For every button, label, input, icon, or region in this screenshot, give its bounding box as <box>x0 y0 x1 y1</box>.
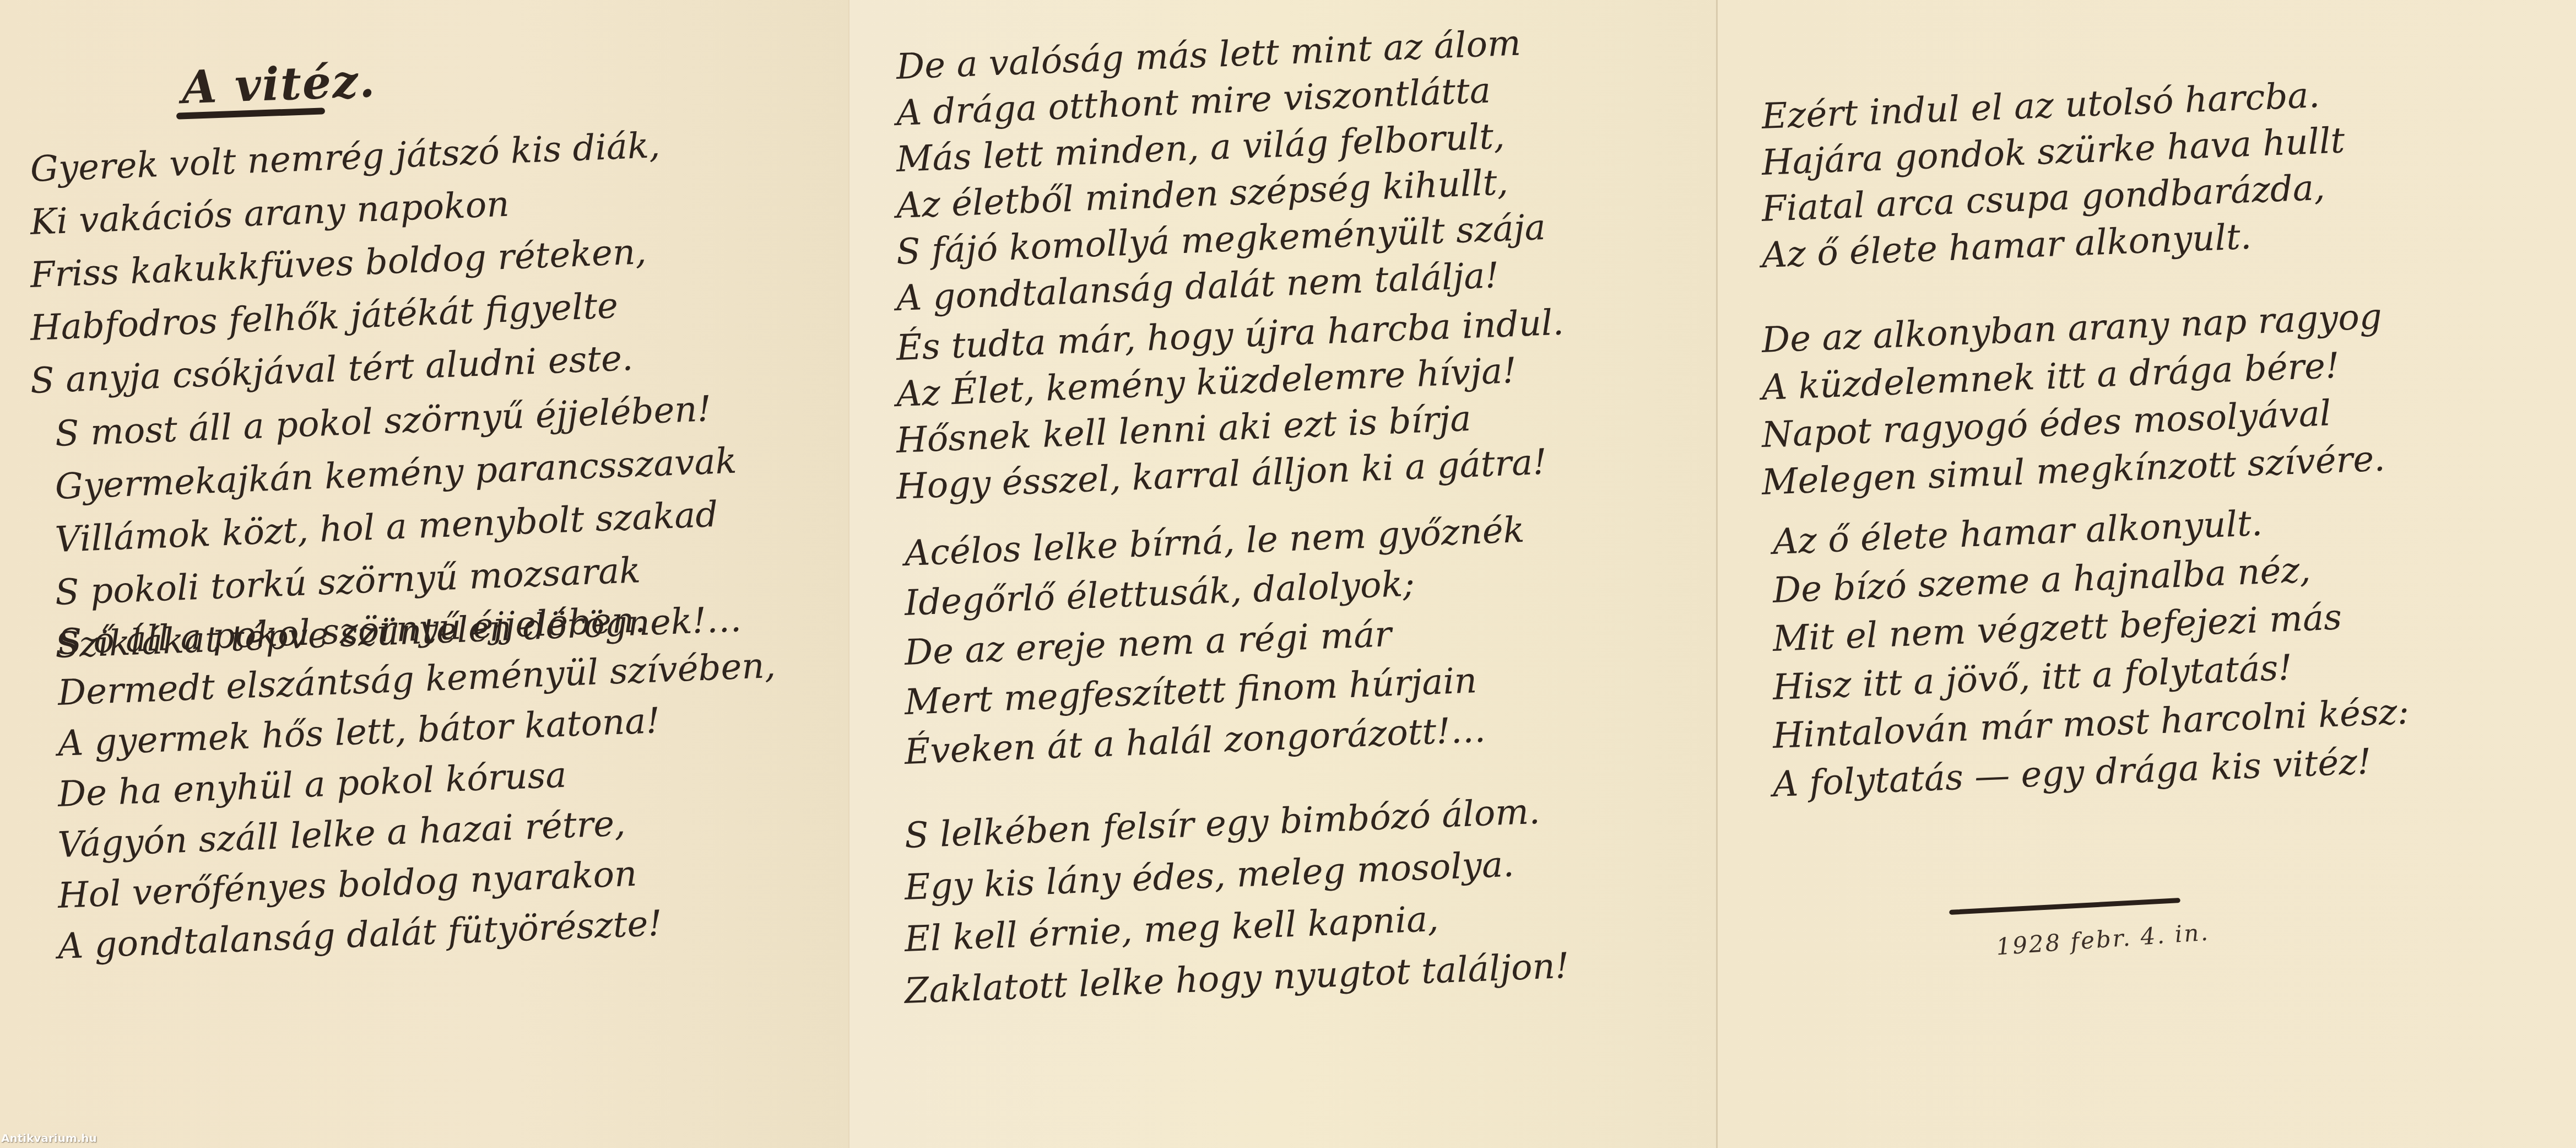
manuscript-scan: A vitéz. Gyerek volt nemrég játszó kis d… <box>0 0 2576 1148</box>
poem-title: A vitéz. <box>181 55 376 114</box>
stanza: Acélos lelke bírná, le nem győznék Idegő… <box>905 529 1771 777</box>
manuscript-page-3: Ezért indul el az utolsó harcba. Hajára … <box>1716 0 2576 1148</box>
closing-rule <box>1949 898 2180 915</box>
stanza: S ő áll a pokol szörnyű éjjelében. Derme… <box>58 617 906 972</box>
stanza: Ezért indul el az utolsó harcba. Hajára … <box>1762 94 2576 279</box>
stanza: És tudta már, hogy újra harcba indul. Az… <box>896 325 1763 510</box>
stanza: S lelkében felsír egy bimbózó álom. Egy … <box>905 810 1771 1017</box>
stanza: Az ő élete hamar alkonyult. De bízó szem… <box>1773 518 2576 809</box>
stanza: De az alkonyban arany nap ragyog A küzde… <box>1762 317 2576 506</box>
date-signature: 1928 febr. 4. in. <box>1995 919 2210 961</box>
manuscript-page-2: De a valóság más lett mint az álom A drá… <box>848 0 1716 1148</box>
watermark: Antikvarium.hu <box>1 1131 97 1145</box>
stanza: Gyerek volt nemrég játszó kis diák, Ki v… <box>30 143 879 408</box>
stanza: De a valóság más lett mint az álom A drá… <box>896 44 1763 322</box>
manuscript-page-1: A vitéz. Gyerek volt nemrég játszó kis d… <box>0 0 848 1148</box>
